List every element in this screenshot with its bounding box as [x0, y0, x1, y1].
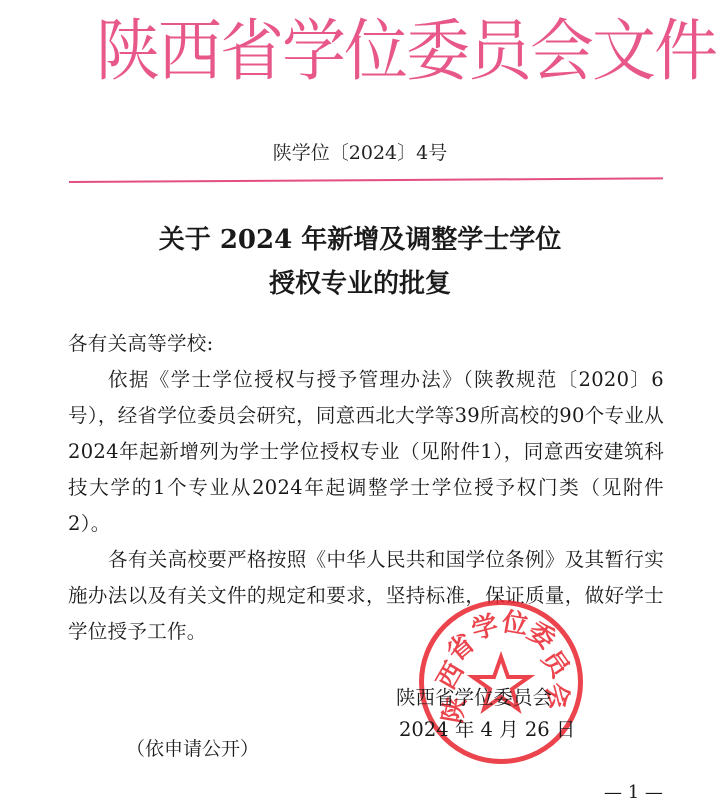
- signature-date: 2024 年 4 月 26 日: [399, 714, 619, 746]
- disclosure-note: （依申请公开）: [126, 734, 259, 764]
- body-paragraph-1: 依据《学士学位授权与授予管理办法》（陕教规范〔2020〕6号），经省学位委员会研…: [68, 362, 664, 542]
- document-number: 陕学位〔2024〕4号: [0, 138, 720, 168]
- signature-organization: 陕西省学位委员会: [396, 682, 616, 714]
- page-number: — 1 —: [604, 780, 663, 806]
- document-masthead: 陕西省学位委员会文件: [96, 10, 636, 94]
- title-line-1: 关于 2024 年新增及调整学士学位: [0, 218, 720, 262]
- red-divider-line: [69, 177, 663, 183]
- document-title: 关于 2024 年新增及调整学士学位 授权专业的批复: [0, 218, 720, 306]
- addressee: 各有关高等学校:: [68, 326, 664, 362]
- title-line-2: 授权专业的批复: [0, 262, 720, 306]
